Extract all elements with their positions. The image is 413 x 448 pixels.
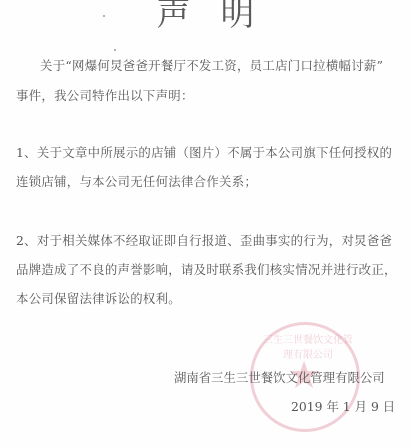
seal-text: 三生三世餐饮文化管理有限公司 <box>263 331 353 361</box>
point-2-line-2: 品牌造成了不良的声誉影响，请及时联系我们核实情况并进行改正， <box>16 260 397 278</box>
statement-document: 声明 关于“网爆何炅爸爸开餐厅不发工资，员工店门口拉横幅讨薪” 事件，我公司特作… <box>0 0 413 448</box>
point-1-line-1: 1、关于文章中所展示的店铺（图片）不属于本公司旗下任何授权的 <box>16 143 392 161</box>
point-2-line-3: 本公司保留法律诉讼的权利。 <box>16 289 181 307</box>
point-2-line-1: 2、对于相关媒体不经取证即自行报道、歪曲事实的行为，对炅爸爸 <box>16 231 392 249</box>
scan-speck <box>103 15 105 17</box>
intro-line-2: 事件，我公司特作出以下声明： <box>16 86 194 104</box>
document-title: 声明 <box>0 0 413 35</box>
signature-date: 2019 年 1 月 9 日 <box>291 397 395 415</box>
point-1-line-2: 连锁店铺，与本公司无任何法律合作关系； <box>16 172 257 190</box>
intro-line-1: 关于“网爆何炅爸爸开餐厅不发工资，员工店门口拉横幅讨薪” <box>40 56 383 74</box>
scan-speck <box>114 49 116 51</box>
signature-company: 湖南省三生三世餐饮文化管理有限公司 <box>174 368 385 386</box>
